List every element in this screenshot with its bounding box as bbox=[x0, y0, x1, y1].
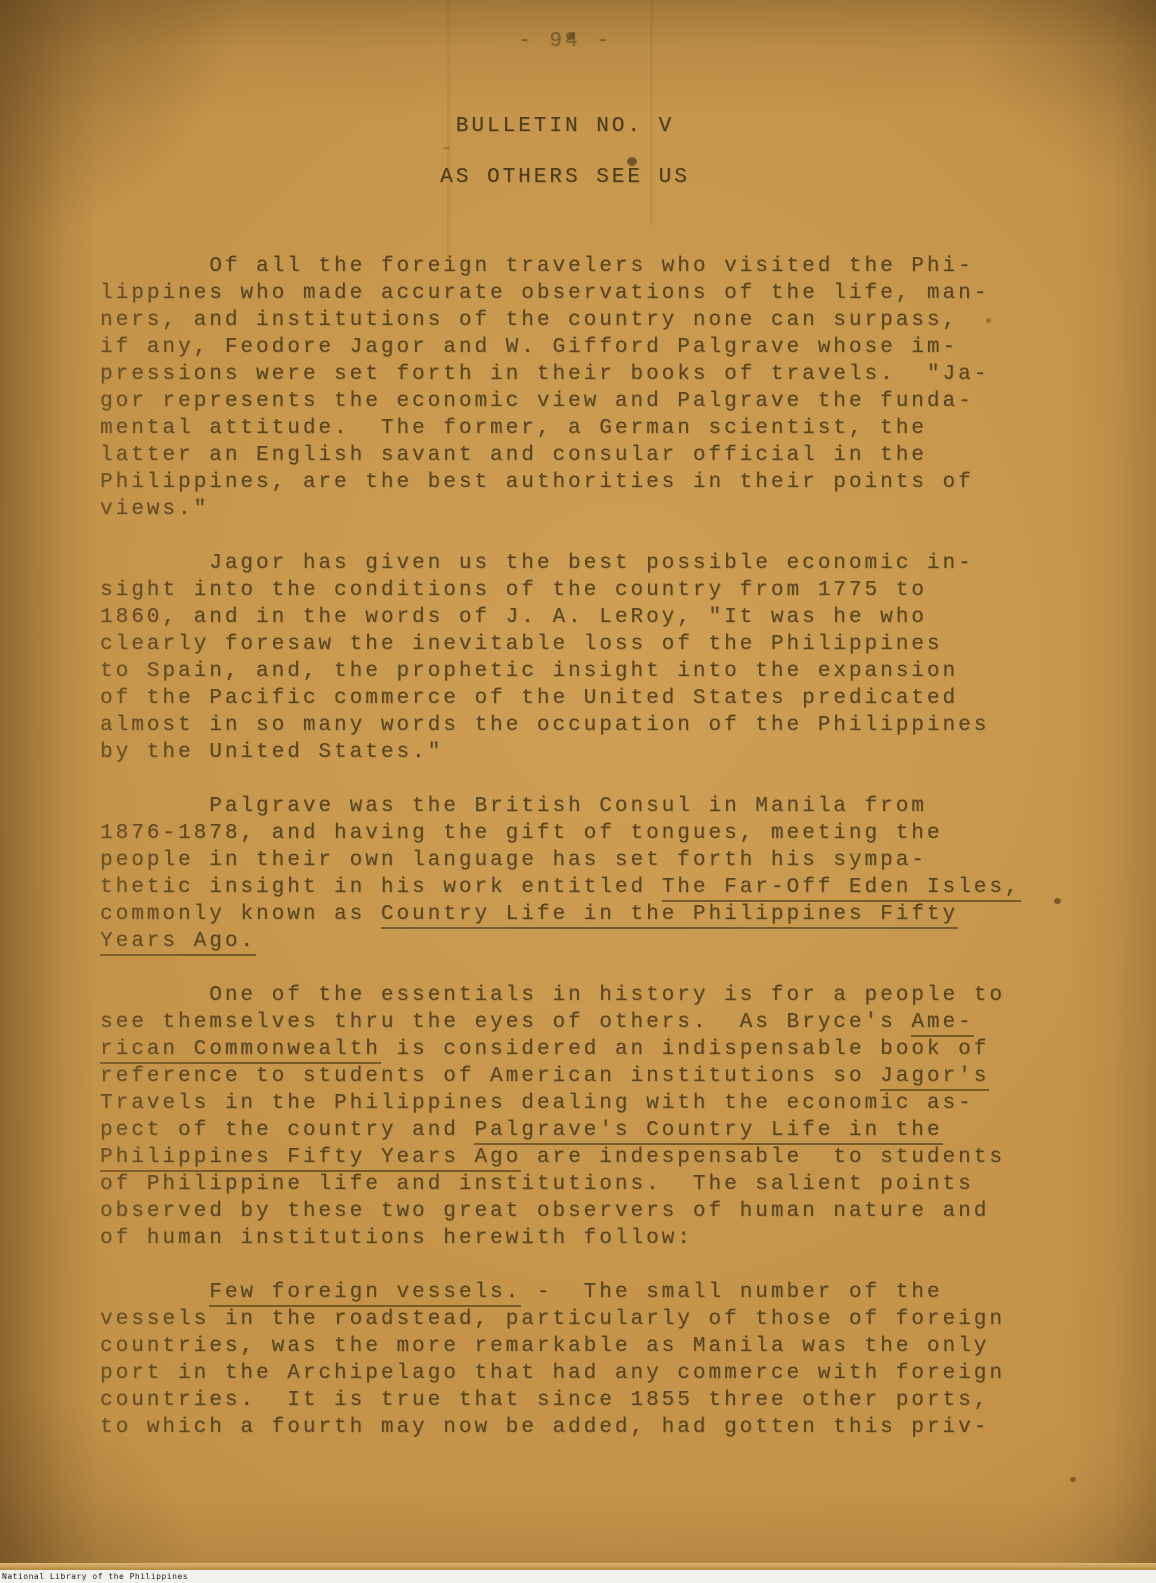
text-line: rican Commonwealth is considered an indi… bbox=[100, 1036, 1030, 1063]
text-line: sight into the conditions of the country… bbox=[100, 577, 1030, 604]
underlined-phrase: Country Life in the Philippines Fifty bbox=[381, 903, 958, 929]
text-line: Palgrave was the British Consul in Manil… bbox=[100, 793, 1030, 820]
text-segment: see themselves thru the eyes of others. … bbox=[100, 1011, 911, 1034]
text-segment: pect of the country and bbox=[100, 1119, 474, 1142]
text-segment: latter an English savant and consular of… bbox=[100, 444, 927, 467]
underlined-phrase: Jagor's bbox=[880, 1065, 989, 1091]
paragraph: Few foreign vessels. - The small number … bbox=[100, 1279, 1030, 1441]
underlined-phrase: rican Commonwealth bbox=[100, 1038, 381, 1064]
footer-strip: National Library of the Philippines bbox=[0, 1570, 1156, 1583]
text-line: see themselves thru the eyes of others. … bbox=[100, 1009, 1030, 1036]
text-segment: views." bbox=[100, 498, 209, 521]
text-line: gor represents the economic view and Pal… bbox=[100, 388, 1030, 415]
text-segment: Philippines, are the best authorities in… bbox=[100, 471, 974, 494]
text-line: Years Ago. bbox=[100, 928, 1030, 955]
text-segment: lippines who made accurate observations … bbox=[100, 282, 989, 305]
text-segment: commonly known as bbox=[100, 903, 381, 926]
underlined-phrase: Palgrave's Country Life in the bbox=[474, 1119, 942, 1145]
text-segment: is considered an indispensable book of bbox=[381, 1038, 989, 1061]
text-segment: people in their own language has set for… bbox=[100, 849, 927, 872]
text-line: clearly foresaw the inevitable loss of t… bbox=[100, 631, 1030, 658]
text-segment: reference to students of American instit… bbox=[100, 1065, 880, 1088]
text-segment: thetic insight in his work entitled bbox=[100, 876, 662, 899]
paragraph: One of the essentials in history is for … bbox=[100, 982, 1030, 1252]
footer-label: National Library of the Philippines bbox=[2, 1572, 188, 1581]
typewritten-content: - 94 - BULLETIN NO. V AS OTHERS SEE US -… bbox=[100, 28, 1030, 1441]
text-segment: vessels in the roadstead, particularly o… bbox=[100, 1308, 1005, 1331]
text-line: lippines who made accurate observations … bbox=[100, 280, 1030, 307]
text-segment: 1860, and in the words of J. A. LeRoy, "… bbox=[100, 606, 927, 629]
underlined-phrase: Years Ago. bbox=[100, 930, 256, 956]
text-segment: mental attitude. The former, a German sc… bbox=[100, 417, 927, 440]
text-line: reference to students of American instit… bbox=[100, 1063, 1030, 1090]
text-segment: observed by these two great observers of… bbox=[100, 1200, 989, 1223]
text-line: Philippines Fifty Years Ago are indespen… bbox=[100, 1144, 1030, 1171]
text-segment: port in the Archipelago that had any com… bbox=[100, 1362, 1005, 1385]
stray-typewriter-mark: - bbox=[440, 136, 456, 163]
text-line: observed by these two great observers of… bbox=[100, 1198, 1030, 1225]
text-line: One of the essentials in history is for … bbox=[100, 982, 1030, 1009]
text-segment: Of all the foreign travelers who visited… bbox=[100, 255, 974, 278]
paragraphs: Of all the foreign travelers who visited… bbox=[100, 253, 1030, 1441]
text-line: views." bbox=[100, 496, 1030, 523]
text-line: 1860, and in the words of J. A. LeRoy, "… bbox=[100, 604, 1030, 631]
text-segment bbox=[100, 1281, 209, 1304]
text-line: 1876-1878, and having the gift of tongue… bbox=[100, 820, 1030, 847]
text-line: pect of the country and Palgrave's Count… bbox=[100, 1117, 1030, 1144]
text-segment: countries, was the more remarkable as Ma… bbox=[100, 1335, 989, 1358]
text-line: almost in so many words the occupation o… bbox=[100, 712, 1030, 739]
text-line: of human institutions herewith follow: bbox=[100, 1225, 1030, 1252]
text-line: countries. It is true that since 1855 th… bbox=[100, 1387, 1030, 1414]
doc-title: BULLETIN NO. V bbox=[100, 113, 1030, 140]
text-line: if any, Feodore Jagor and W. Gifford Pal… bbox=[100, 334, 1030, 361]
text-segment: Travels in the Philippines dealing with … bbox=[100, 1092, 974, 1115]
text-segment: gor represents the economic view and Pal… bbox=[100, 390, 974, 413]
underlined-phrase: Few foreign vessels. bbox=[209, 1281, 521, 1307]
page-bottom-edge bbox=[0, 1563, 1156, 1570]
doc-subtitle: AS OTHERS SEE US bbox=[100, 164, 1030, 191]
text-line: Travels in the Philippines dealing with … bbox=[100, 1090, 1030, 1117]
text-segment: to Spain, and, the prophetic insight int… bbox=[100, 660, 958, 683]
text-line: commonly known as Country Life in the Ph… bbox=[100, 901, 1030, 928]
underlined-phrase: Ame- bbox=[911, 1011, 973, 1037]
text-line: port in the Archipelago that had any com… bbox=[100, 1360, 1030, 1387]
text-line: of Philippine life and institutions. The… bbox=[100, 1171, 1030, 1198]
text-segment: by the United States." bbox=[100, 741, 443, 764]
text-segment: of human institutions herewith follow: bbox=[100, 1227, 693, 1250]
ink-speck bbox=[1070, 1477, 1076, 1482]
text-segment: countries. It is true that since 1855 th… bbox=[100, 1389, 989, 1412]
text-line: of the Pacific commerce of the United St… bbox=[100, 685, 1030, 712]
text-line: people in their own language has set for… bbox=[100, 847, 1030, 874]
text-segment: clearly foresaw the inevitable loss of t… bbox=[100, 633, 943, 656]
text-line: by the United States." bbox=[100, 739, 1030, 766]
text-line: Philippines, are the best authorities in… bbox=[100, 469, 1030, 496]
text-segment: Palgrave was the British Consul in Manil… bbox=[100, 795, 927, 818]
paragraph: Palgrave was the British Consul in Manil… bbox=[100, 793, 1030, 955]
text-segment: sight into the conditions of the country… bbox=[100, 579, 927, 602]
paragraph: Of all the foreign travelers who visited… bbox=[100, 253, 1030, 523]
text-line: to Spain, and, the prophetic insight int… bbox=[100, 658, 1030, 685]
text-segment: to which a fourth may now be added, had … bbox=[100, 1416, 989, 1439]
underlined-phrase: Philippines Fifty Years Ago bbox=[100, 1146, 521, 1172]
text-line: Jagor has given us the best possible eco… bbox=[100, 550, 1030, 577]
text-line: countries, was the more remarkable as Ma… bbox=[100, 1333, 1030, 1360]
text-line: Few foreign vessels. - The small number … bbox=[100, 1279, 1030, 1306]
text-segment: of the Pacific commerce of the United St… bbox=[100, 687, 958, 710]
text-line: latter an English savant and consular of… bbox=[100, 442, 1030, 469]
text-segment: are indespensable to students bbox=[521, 1146, 1005, 1169]
text-segment: almost in so many words the occupation o… bbox=[100, 714, 989, 737]
text-line: thetic insight in his work entitled The … bbox=[100, 874, 1030, 901]
text-line: ners, and institutions of the country no… bbox=[100, 307, 1030, 334]
text-segment: of Philippine life and institutions. The… bbox=[100, 1173, 974, 1196]
paragraph: Jagor has given us the best possible eco… bbox=[100, 550, 1030, 766]
page-number: - 94 - bbox=[100, 28, 1030, 55]
text-segment: One of the essentials in history is for … bbox=[100, 984, 1005, 1007]
scanned-document-page: - 94 - BULLETIN NO. V AS OTHERS SEE US -… bbox=[0, 0, 1156, 1583]
text-line: mental attitude. The former, a German sc… bbox=[100, 415, 1030, 442]
text-segment: 1876-1878, and having the gift of tongue… bbox=[100, 822, 943, 845]
text-segment: Jagor has given us the best possible eco… bbox=[100, 552, 974, 575]
underlined-phrase: The Far-Off Eden Isles, bbox=[662, 876, 1021, 902]
text-line: to which a fourth may now be added, had … bbox=[100, 1414, 1030, 1441]
text-segment: - The small number of the bbox=[521, 1281, 942, 1304]
text-line: vessels in the roadstead, particularly o… bbox=[100, 1306, 1030, 1333]
text-line: pressions were set forth in their books … bbox=[100, 361, 1030, 388]
ink-speck bbox=[1054, 898, 1061, 904]
text-segment: pressions were set forth in their books … bbox=[100, 363, 989, 386]
text-segment: ners, and institutions of the country no… bbox=[100, 309, 958, 332]
text-segment: if any, Feodore Jagor and W. Gifford Pal… bbox=[100, 336, 958, 359]
text-line: Of all the foreign travelers who visited… bbox=[100, 253, 1030, 280]
